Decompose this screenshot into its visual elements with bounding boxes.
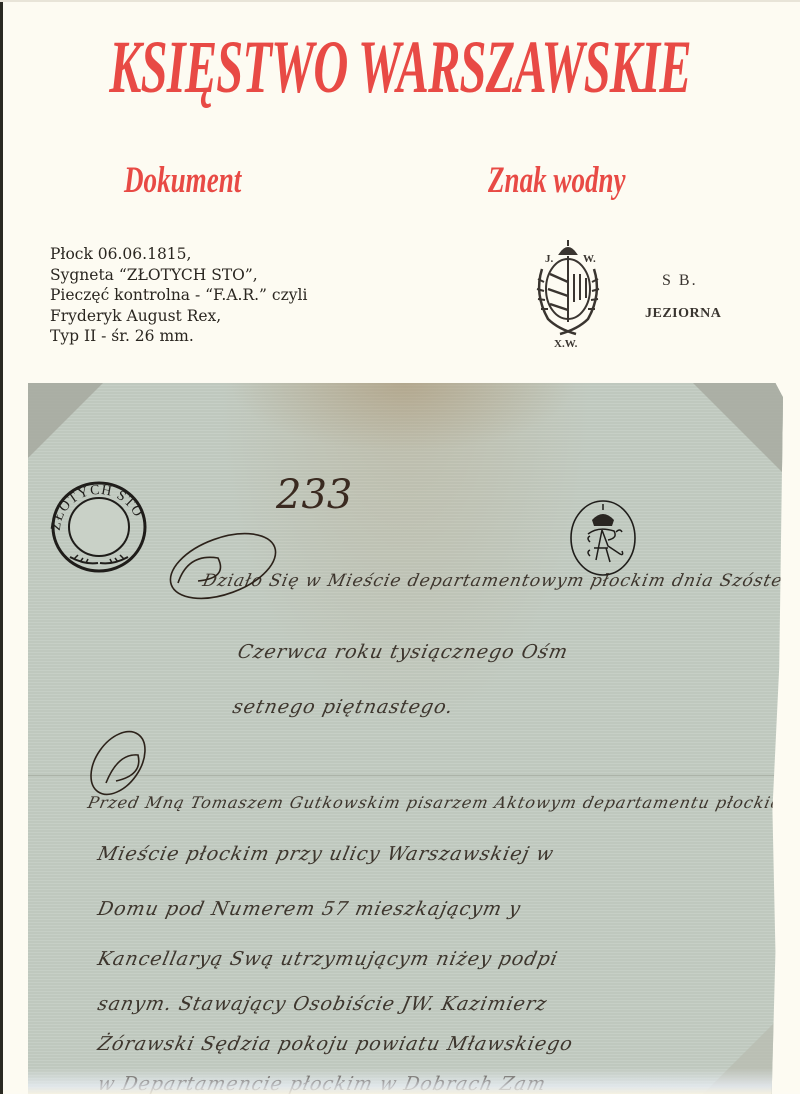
- svg-text:W.: W.: [583, 253, 596, 265]
- page-title: KSIĘSTWO WARSZAWSKIE: [88, 30, 712, 106]
- handwritten-line: Domu pod Numerem 57 mieszkającym y: [96, 898, 524, 920]
- description-line: Sygneta “ZŁOTYCH STO”,: [50, 265, 307, 286]
- handwritten-line: sanym. Stawający Osobiście JW. Kazimierz: [96, 993, 550, 1015]
- scan-left-edge: [0, 0, 3, 1094]
- description-line: Płock 06.06.1815,: [50, 244, 307, 265]
- watermark-mark-initials: S B.: [662, 272, 698, 290]
- svg-text:X.W.: X.W.: [554, 338, 578, 349]
- handwritten-line: Przed Mną Tomaszem Gutkowskim pisarzem A…: [86, 793, 783, 812]
- description-line: Typ II - śr. 26 mm.: [50, 326, 307, 347]
- svg-text:J.: J.: [545, 253, 554, 265]
- watermark-mark-place: JEZIORNA: [645, 306, 721, 322]
- handwritten-line: Działo Się w Mieście departamentowym pło…: [201, 571, 783, 591]
- crowned-coat-of-arms-icon: J. W. X.W.: [528, 234, 608, 349]
- description-line: Fryderyk August Rex,: [50, 306, 307, 327]
- handwritten-line: Mieście płockim przy ulicy Warszawskiej …: [96, 843, 557, 865]
- handwritten-line: Żórawski Sędzia pokoju powiatu Mławskieg…: [96, 1033, 576, 1055]
- description-line: Pieczęć kontrolna - “F.A.R.” czyli: [50, 285, 307, 306]
- handwritten-line: Czerwca roku tysiącznego Ośm: [236, 641, 571, 663]
- historic-document: 233 ZŁOTYCH STO Działo Się w Mieście dep…: [28, 383, 783, 1094]
- document-heading: Dokument: [124, 163, 241, 200]
- handwritten-flourishes: [28, 383, 783, 1094]
- watermark-heading: Znak wodny: [488, 163, 626, 200]
- document-description: Płock 06.06.1815, Sygneta “ZŁOTYCH STO”,…: [50, 244, 307, 347]
- scanner-glare: [28, 1068, 783, 1094]
- handwritten-line: Kancellaryą Swą utrzymującym niżey podpi: [96, 948, 561, 970]
- handwritten-line: setnego piętnastego.: [231, 696, 456, 718]
- scan-top-edge: [0, 0, 800, 2]
